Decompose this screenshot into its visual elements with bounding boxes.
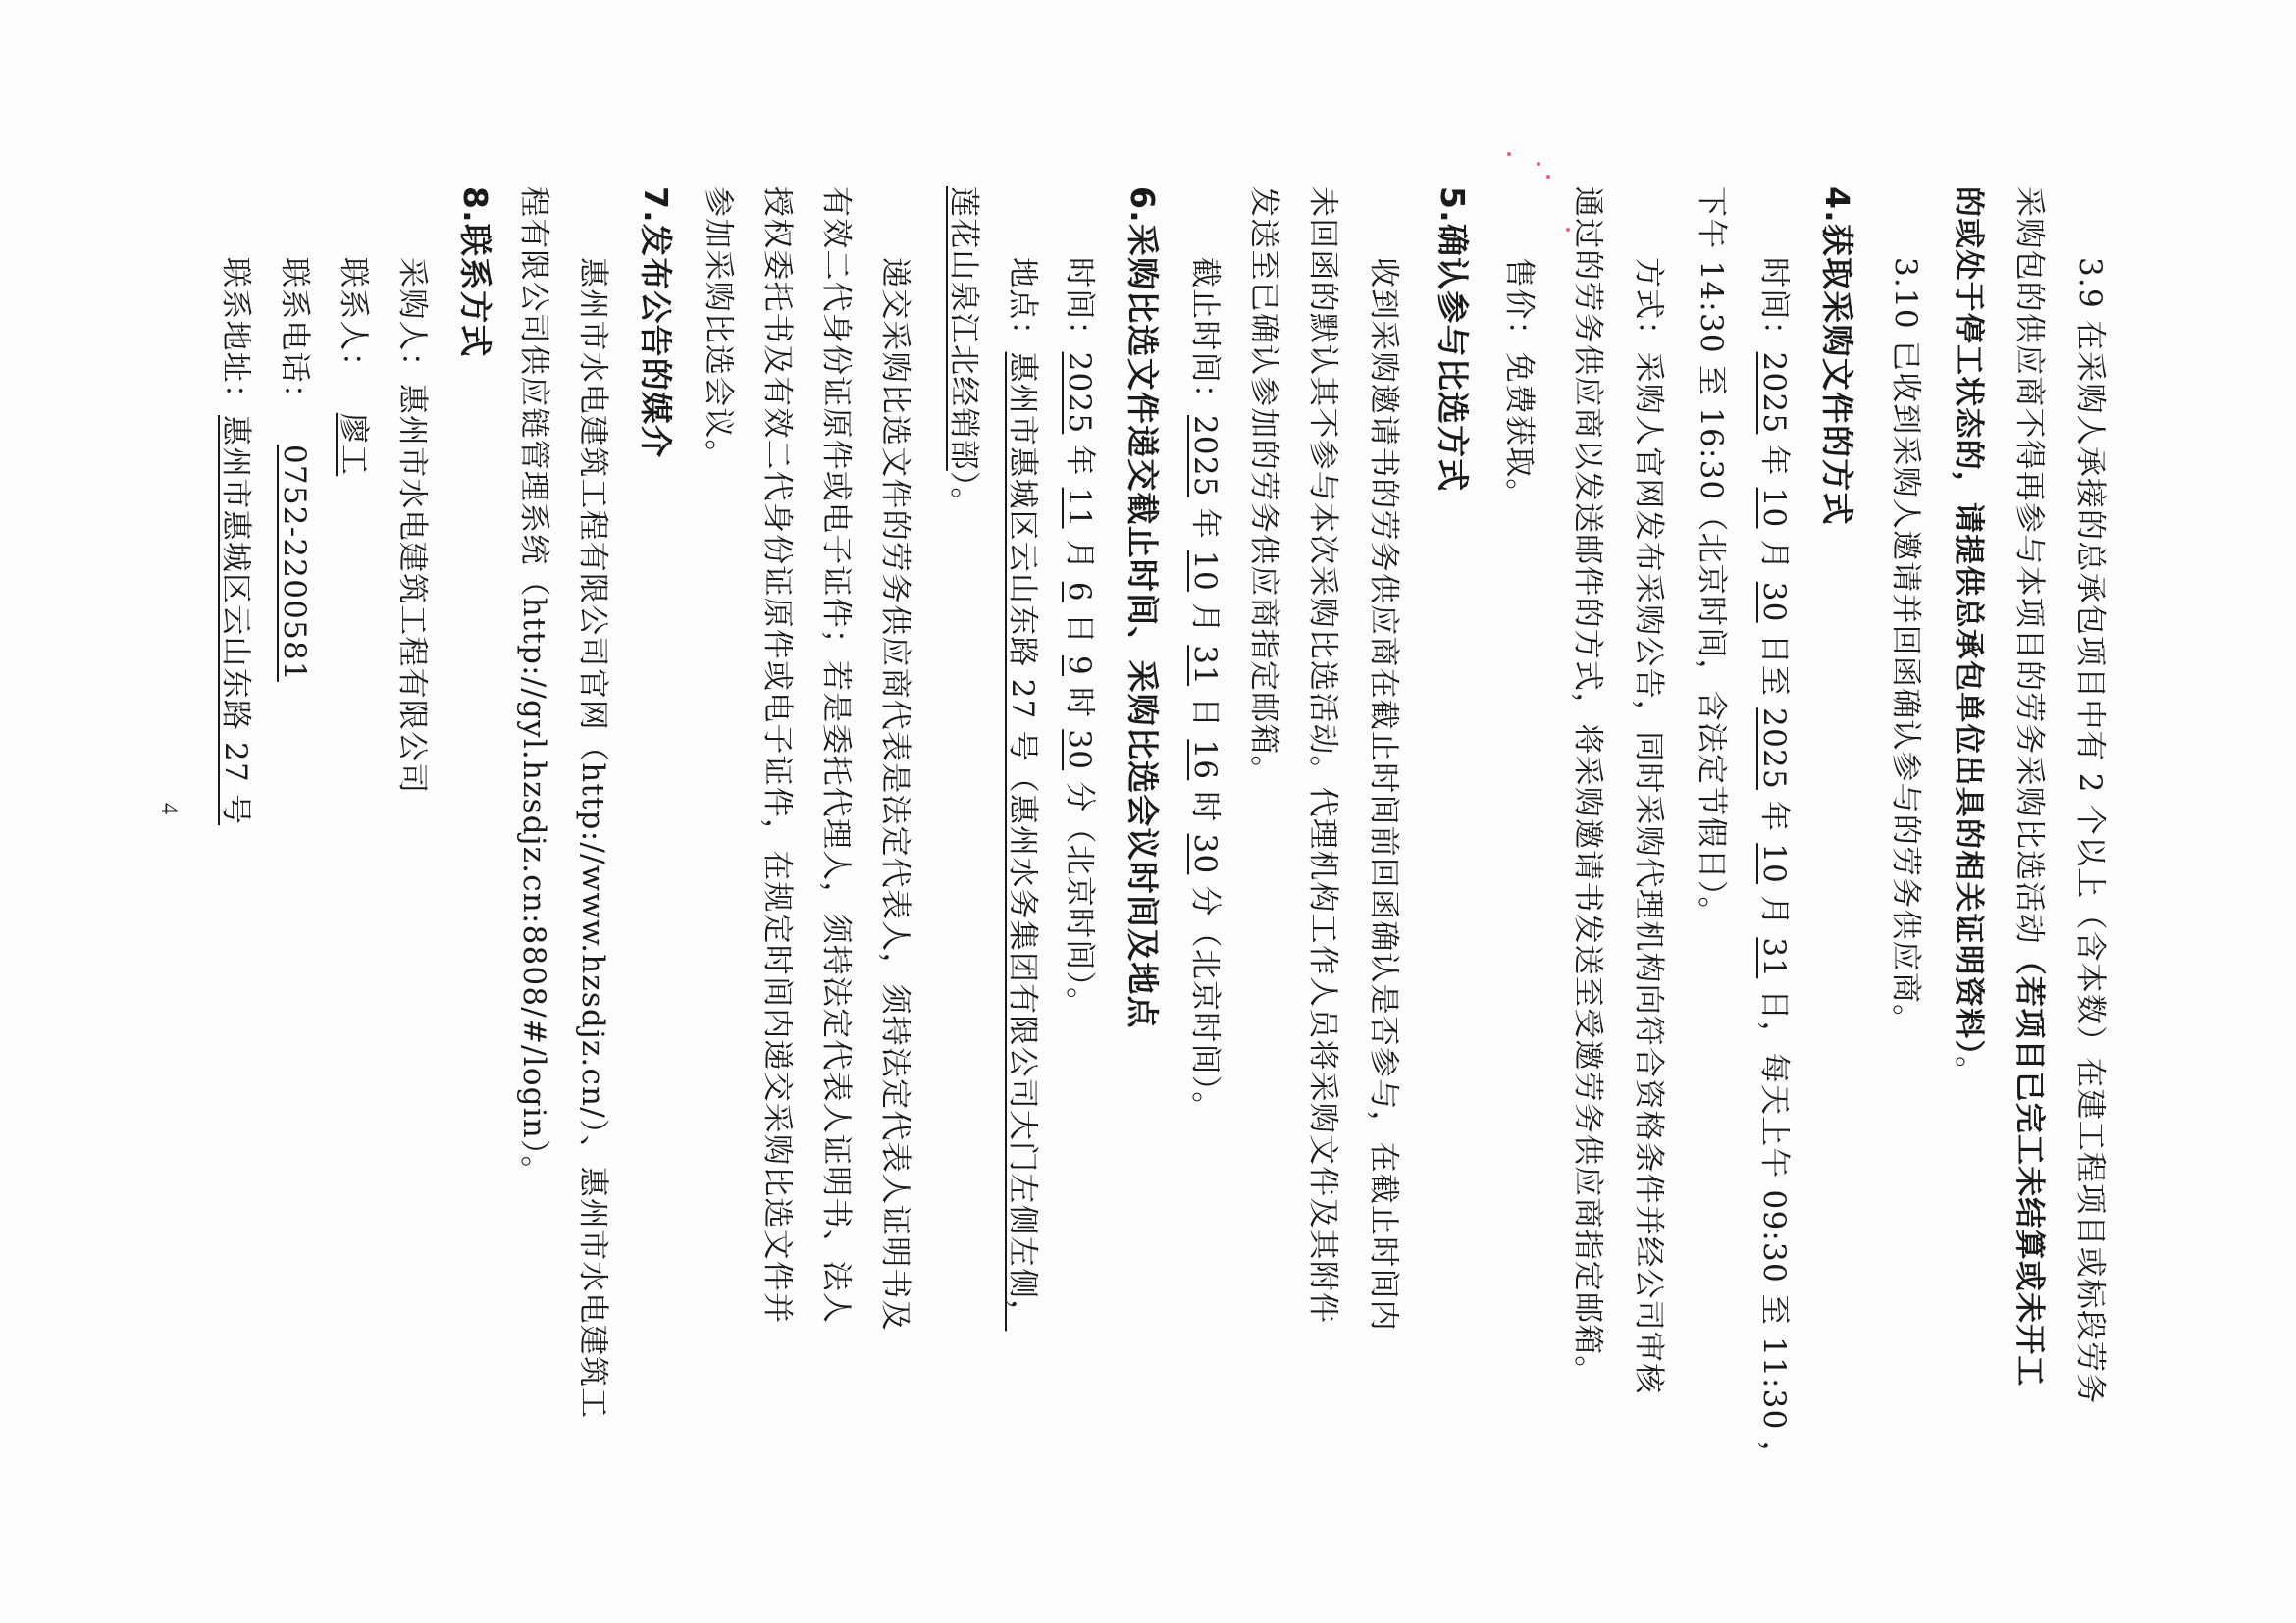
label: 截止时间：: [1187, 257, 1223, 415]
text: 分（北京时间）。: [1187, 874, 1223, 1123]
minute: 30: [1187, 834, 1223, 875]
s4-time-line2: 下午 14:30 至 16:30（北京时间，含法定节假日）。: [1692, 186, 1731, 1433]
text: 采购包的供应商不得再参与本项目的劳务采购比选活动: [2011, 186, 2047, 945]
s5-line2: 未回函的默认其不参与本次采购比选活动。代理机构工作人员将采购文件及其附件: [1303, 186, 1342, 1433]
seal-mark: [1537, 162, 1540, 166]
s6-submit-line1: 递交采购比选文件的劳务供应商代表是法定代表人，须持法定代表人证明书及: [875, 257, 914, 1435]
text: 年: [1062, 434, 1097, 487]
label: 联系人：: [336, 257, 371, 384]
s8-address: 联系地址：惠州市惠城区云山东路 27 号: [216, 257, 255, 1435]
text: 年: [1756, 434, 1792, 487]
heading-section-7: 7.发布公告的媒介: [636, 186, 675, 1433]
text: 日: [1187, 686, 1223, 739]
s8-phone: 联系电话：0752-2200581: [275, 257, 314, 1435]
s5-line1: 收到采购邀请书的劳务供应商在截止时间前回函确认是否参与，在截止时间内: [1364, 257, 1403, 1435]
s4-time-line: 时间：2025 年 10 月 30 日至 2025 年 10 月 31 日，每天…: [1754, 257, 1794, 1435]
s4-price: 售价：免费获取。: [1499, 257, 1539, 1435]
end-day: 31: [1756, 937, 1792, 978]
hour: 9: [1062, 655, 1097, 676]
heading-section-8: 8.联系方式: [455, 186, 495, 1433]
year: 2025: [1062, 352, 1097, 435]
s5-deadline: 截止时间：2025 年 10 月 31 日 16 时 30 分（北京时间）。: [1185, 257, 1225, 1435]
place-value: 莲花山泉江北经销部: [946, 186, 981, 471]
text: ）。: [946, 471, 981, 519]
day: 31: [1187, 645, 1223, 686]
seal-mark: [1507, 152, 1511, 156]
start-month: 10: [1756, 488, 1792, 529]
bold-text: （若项目已完工未结算或未开工: [2011, 945, 2047, 1387]
text: 年: [1756, 790, 1792, 843]
month: 11: [1062, 488, 1097, 529]
text: 时: [1062, 676, 1097, 729]
s8-buyer: 采购人：惠州市水电建筑工程有限公司: [392, 257, 432, 1435]
label: 时间：: [1062, 257, 1097, 352]
day: 6: [1062, 582, 1097, 602]
label: 联系地址：: [218, 257, 253, 415]
s6-submit-line4: 参加采购比选会议。: [699, 186, 738, 1433]
s6-place: 地点：惠州市惠城区云山东路 27 号（惠州水务集团有限公司大门左侧左侧，: [1003, 257, 1042, 1435]
text: 日: [1062, 602, 1097, 655]
month: 10: [1187, 550, 1223, 592]
s6-submit-line2: 有效二代身份证原件或电子证件；若是委托代理人，须持法定代表人证明书、法人: [816, 186, 856, 1433]
label: 地点：: [1005, 257, 1040, 352]
text: 分（北京时间）。: [1062, 770, 1097, 1019]
label: 联系电话：: [277, 257, 312, 415]
page-number: 4: [155, 803, 182, 814]
end-month: 10: [1756, 843, 1792, 884]
minute: 30: [1062, 729, 1097, 770]
text: 时: [1187, 780, 1223, 833]
start-year: 2025: [1756, 352, 1792, 435]
s6-place-line2: 莲花山泉江北经销部）。: [944, 186, 983, 1433]
heading-section-6: 6.采购比选文件递交截止时间、采购比选会议时间及地点: [1122, 186, 1162, 1433]
s5-line3: 发送至已确认参加的劳务供应商指定邮箱。: [1244, 186, 1283, 1433]
para-3-9-line2: 采购包的供应商不得再参与本项目的劳务采购比选活动（若项目已完工未结算或未开工: [2009, 186, 2049, 1433]
s4-method-line2: 通过的劳务供应商以发送邮件的方式，将采购邀请书发送至受邀劳务供应商指定邮箱。: [1568, 186, 1607, 1433]
end-year: 2025: [1756, 707, 1792, 790]
s7-line2: 程有限公司供应链管理系统（http://gyl.hzsdjz.cn:8808/#…: [514, 186, 553, 1433]
seal-mark: [1546, 175, 1550, 179]
buyer-value: 惠州市水电建筑工程有限公司: [394, 384, 430, 795]
text: 日至: [1756, 623, 1792, 708]
text: 日，每天上午 09:30 至 11:30 ，: [1756, 978, 1792, 1473]
s6-submit-line3: 授权委托书及有效二代身份证原件或电子证件，在规定时间内递交采购比选文件并: [757, 186, 797, 1433]
text: 。: [1951, 1056, 1986, 1087]
label: 时间：: [1756, 257, 1792, 352]
text: 月: [1062, 528, 1097, 581]
document-page: 3.9 在采购人承接的总承包项目中有 2 个以上（含本数）在建工程项目或标段劳务…: [0, 0, 2296, 1623]
s8-contact: 联系人：廖工: [334, 257, 373, 1435]
heading-section-5: 5.确认参与比选方式: [1433, 186, 1472, 1433]
text: 月: [1756, 884, 1792, 937]
bold-text: 的或处于停工状态的，请提供总承包单位出具的相关证明资料）: [1951, 186, 1986, 1056]
year: 2025: [1187, 415, 1223, 497]
s7-line1: 惠州市水电建筑工程有限公司官网（http://www.hzsdjz.cn/）、惠…: [573, 257, 612, 1435]
para-3-9-line3: 的或处于停工状态的，请提供总承包单位出具的相关证明资料）。: [1949, 186, 1988, 1433]
contact-value: 廖工: [336, 384, 371, 505]
phone-value: 0752-2200581: [277, 415, 312, 682]
hour: 16: [1187, 739, 1223, 780]
para-3-10: 3.10 已收到采购人邀请并回函确认参与的劳务供应商。: [1886, 257, 1925, 1435]
label: 采购人：: [394, 257, 430, 384]
s4-method-line1: 方式：采购人官网发布采购公告，同时采购代理机构向符合资格条件并经公司审核: [1629, 257, 1668, 1435]
place-value: 惠州市惠城区云山东路 27 号（惠州水务集团有限公司大门左侧左侧，: [1005, 352, 1040, 1332]
text: 月: [1187, 592, 1223, 645]
start-day: 30: [1756, 582, 1792, 623]
para-3-9-line1: 3.9 在采购人承接的总承包项目中有 2 个以上（含本数）在建工程项目或标段劳务: [2070, 257, 2110, 1435]
s6-time: 时间：2025 年 11 月 6 日 9 时 30 分（北京时间）。: [1060, 257, 1099, 1435]
address-value: 惠州市惠城区云山东路 27 号: [218, 415, 253, 825]
text: 年: [1187, 497, 1223, 550]
heading-section-4: 4.获取采购文件的方式: [1817, 186, 1856, 1433]
text: 月: [1756, 528, 1792, 581]
